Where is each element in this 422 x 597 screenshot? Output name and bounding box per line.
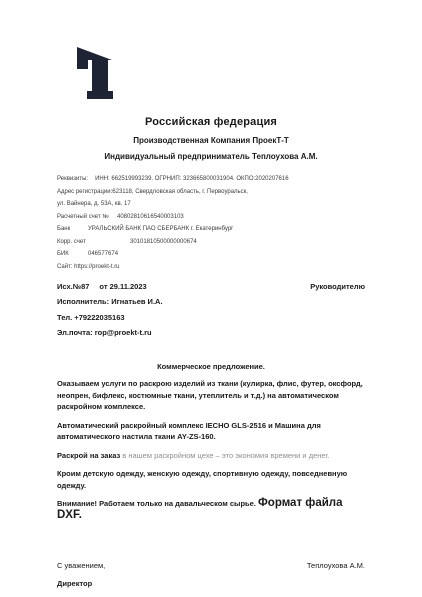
bik-value: 046577674 [88,251,118,257]
custom-cut-bold: Раскрой на заказ [57,451,120,460]
recipient: Руководителю [310,283,365,291]
company-logo [77,45,123,99]
letter-meta-block: Исх.№87от 29.11.2023 Руководителю Исполн… [57,283,365,338]
site-link: Сайт: https://proekt-t.ru [57,264,365,270]
country-title: Российская федерация [57,116,365,128]
offer-paragraph-custom-cut: Раскрой на заказ в нашем раскройном цехе… [57,450,365,462]
offer-paragraph-clothes: Кроим детскую одежду, женскую одежду, сп… [57,468,365,491]
requisites-address1: Адрес регистрации:623118, Свердловская о… [57,189,365,195]
account-label: Расчетный счет № [57,214,117,220]
entrepreneur-name: Индивидуальный предприниматель Теплоухов… [57,152,365,161]
email: Эл.почта: rop@proekt-t.ru [57,329,365,337]
signature-name: Теплоухова А.М. [307,561,365,570]
company-name: Производственная Компания ПроекТ-Т [57,136,365,145]
offer-paragraph-attention: Внимание! Работаем только на давальческо… [57,498,365,521]
requisites-address2: ул. Вайнера, д. 53А, кв. 17 [57,201,365,207]
corr-value: 30101810500000000674 [130,239,197,245]
signature-row: С уважением, Теплоухова А.М. [57,561,365,570]
requisites-bik-row: БИК046577674 [57,251,365,257]
requisites-main: Реквизиты:ИНН: 662519993239. ОГРНИП: 323… [57,176,365,182]
bik-label: БИК [57,251,88,257]
requisites-corr-row: Корр. счет30101810500000000674 [57,239,365,245]
document-page: Российская федерация Производственная Ко… [0,0,422,597]
bank-value: УРАЛЬСКИЙ БАНК ПАО СБЕРБАНК г. Екатеринб… [88,226,233,232]
outgoing-date: от 29.11.2023 [99,282,146,291]
requisites-bank-row: БанкУРАЛЬСКИЙ БАНК ПАО СБЕРБАНК г. Екате… [57,226,365,232]
signature-regards: С уважением, [57,561,105,570]
phone: Тел. +79222035163 [57,314,365,322]
outgoing-left: Исх.№87от 29.11.2023 [57,283,147,291]
outgoing-number: Исх.№87 [57,282,89,291]
bank-label: Банк [57,226,88,232]
executor: Исполнитель: Игнатьев И.А. [57,298,365,306]
offer-title: Коммерческое предложение. [57,362,365,371]
logo-t-shape [77,47,123,99]
offer-paragraph-services: Оказываем услуги по раскрою изделий из т… [57,378,365,413]
requisites-block: Реквизиты:ИНН: 662519993239. ОГРНИП: 323… [57,176,365,270]
custom-cut-rest: в нашем раскройном цехе – это экономия в… [120,451,329,460]
offer-paragraph-equipment: Автоматический раскройный комплекс IECHO… [57,420,365,443]
logo-t-icon [77,45,123,99]
requisites-label: Реквизиты: [57,176,88,182]
corr-label: Корр. счет [57,239,130,245]
outgoing-row: Исх.№87от 29.11.2023 Руководителю [57,283,365,291]
requisites-account-row: Расчетный счет №40802810616540003103 [57,214,365,220]
account-value: 40802810616540003103 [117,214,184,220]
signature-position: Директор [57,579,365,588]
attention-text: Внимание! Работаем только на давальческо… [57,499,258,508]
requisites-numbers: ИНН: 662519993239. ОГРНИП: 3236658000319… [95,176,288,182]
